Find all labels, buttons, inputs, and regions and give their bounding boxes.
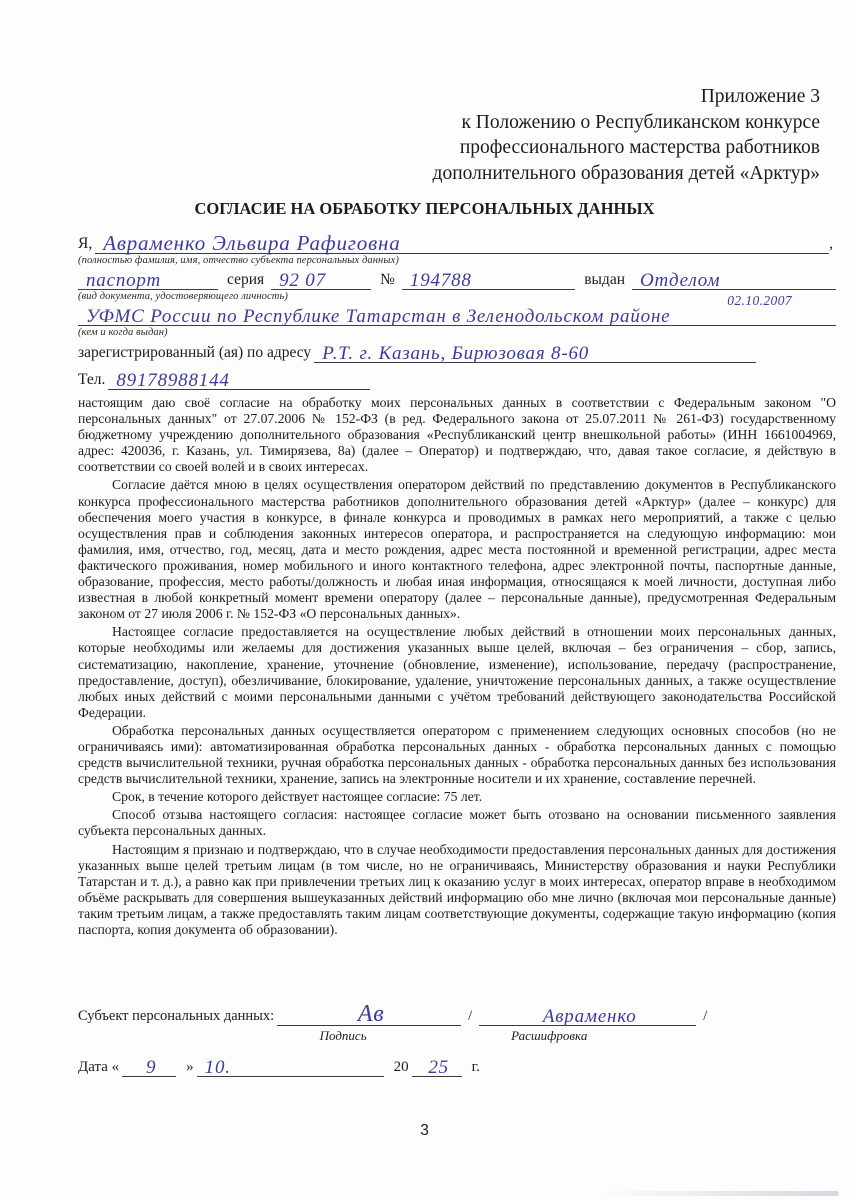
scan-artifact: [599, 1191, 839, 1196]
paragraph-intro: настоящим даю своё согласие на обработку…: [78, 395, 836, 475]
number-field: 194788: [402, 271, 575, 290]
signature-row: Субъект персональных данных: Ав / Авраме…: [78, 1002, 739, 1026]
phone-line: Тел. 89178988144: [78, 371, 836, 390]
slash-separator: /: [461, 1008, 479, 1026]
passport-line: паспорт серия 92 07 № 194788 выдан Отдел…: [78, 271, 836, 290]
issued-by-field: Отделом: [632, 271, 836, 290]
address-line: зарегистрированный (ая) по адресу Р.Т. г…: [78, 344, 836, 363]
signature-field: Ав: [277, 1002, 461, 1026]
i-label: Я,: [78, 235, 95, 254]
paragraph-term: Срок, в течение которого действует насто…: [78, 789, 836, 805]
phone-field: 89178988144: [108, 371, 370, 390]
doc-type-field: паспорт: [78, 271, 218, 290]
issued-by-line2-handwriting: УФМС России по Республике Татарстан в Зе…: [86, 307, 670, 326]
doc-type-handwriting: паспорт: [86, 271, 161, 290]
page-number: 3: [0, 1122, 849, 1140]
address-label: зарегистрированный (ая) по адресу: [78, 344, 314, 363]
date-row: Дата « 9 » 10. 20 25 г.: [78, 1058, 483, 1077]
series-handwriting: 92 07: [279, 271, 326, 290]
date-day-field: 9: [122, 1058, 176, 1077]
phone-label: Тел.: [78, 371, 108, 390]
date-century: 20: [384, 1059, 412, 1077]
series-field: 92 07: [271, 271, 371, 290]
series-label: серия: [218, 271, 271, 290]
header-line-4: дополнительного образования детей «Аркту…: [433, 161, 820, 187]
address-field: Р.Т. г. Казань, Бирюзовая 8-60: [314, 344, 756, 363]
phone-handwriting: 89178988144: [116, 371, 229, 390]
paragraph-purpose: Согласие даётся мною в целях осуществлен…: [78, 477, 836, 622]
decipher-caption: Расшифровка: [447, 1028, 652, 1045]
paragraph-processing-methods: Обработка персональных данных осуществля…: [78, 723, 836, 787]
slash-separator: /: [696, 1008, 714, 1026]
full-name-field: Авраменко Эльвира Рафиговна: [95, 233, 829, 254]
doc-type-caption: (вид документа, удостоверяющего личность…: [78, 291, 836, 302]
header-line-2: к Положению о Республиканском конкурсе: [433, 110, 820, 136]
paragraph-actions: Настоящее согласие предоставляется на ос…: [78, 624, 836, 721]
trailing-comma: ,: [829, 235, 836, 254]
issued-label: выдан: [575, 271, 632, 290]
issued-caption: (кем и когда выдан): [78, 327, 836, 338]
issued-by-field-line2: УФМС России по Республике Татарстан в Зе…: [78, 307, 836, 326]
year-handwriting: 25: [428, 1058, 449, 1077]
issue-date-handwriting: 02.10.2007: [727, 294, 792, 308]
name-decipher-field: Авраменко: [479, 1007, 696, 1026]
date-suffix: г.: [462, 1059, 483, 1077]
signature-handwriting: Ав: [358, 1002, 385, 1026]
signature-captions-row: Субъект персональных данных: Подпись / Р…: [78, 1028, 739, 1045]
date-close-quote: »: [176, 1059, 197, 1077]
header-line-3: профессионального мастерства работников: [433, 135, 820, 161]
date-year-field: 25: [412, 1058, 462, 1077]
signature-caption: Подпись: [257, 1028, 429, 1045]
day-handwriting: 9: [146, 1058, 156, 1077]
address-handwriting: Р.Т. г. Казань, Бирюзовая 8-60: [322, 344, 589, 363]
subject-label: Субъект персональных данных:: [78, 1008, 277, 1026]
scanned-consent-form: Приложение 3 к Положению о Республиканск…: [0, 0, 849, 1200]
full-name-line: Я, Авраменко Эльвира Рафиговна ,: [78, 233, 836, 254]
number-label: №: [371, 271, 402, 290]
date-month-field: 10.: [197, 1058, 384, 1077]
personal-data-fields: Я, Авраменко Эльвира Рафиговна , (полнос…: [78, 229, 836, 390]
paragraph-third-parties: Настоящим я признаю и подтверждаю, что в…: [78, 842, 836, 939]
full-name-handwriting: Авраменко Эльвира Рафиговна: [103, 233, 400, 254]
signature-block: Субъект персональных данных: Ав / Авраме…: [78, 1002, 739, 1045]
month-handwriting: 10.: [205, 1058, 231, 1077]
appendix-header: Приложение 3 к Положению о Республиканск…: [433, 84, 820, 186]
paragraph-withdrawal: Способ отзыва настоящего согласия: насто…: [78, 807, 836, 839]
issued-by-line2: УФМС России по Республике Татарстан в Зе…: [78, 307, 836, 326]
document-title: СОГЛАСИЕ НА ОБРАБОТКУ ПЕРСОНАЛЬНЫХ ДАННЫ…: [0, 199, 849, 219]
consent-body-text: настоящим даю своё согласие на обработку…: [78, 395, 836, 940]
date-label: Дата «: [78, 1059, 122, 1077]
header-line-1: Приложение 3: [433, 84, 820, 110]
issued-by-handwriting: Отделом: [640, 271, 720, 290]
surname-handwriting: Авраменко: [543, 1007, 637, 1026]
number-handwriting: 194788: [410, 271, 472, 290]
full-name-caption: (полностью фамилия, имя, отчество субъек…: [78, 255, 836, 266]
